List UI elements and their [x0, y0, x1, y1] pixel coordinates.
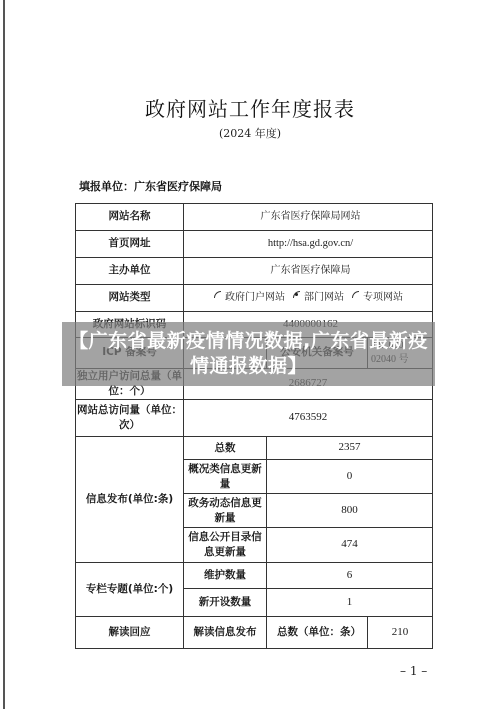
row-site-name: 网站名称 广东省医疗保障局网站	[76, 204, 433, 231]
interpretation-sub-label: 解读信息发布	[184, 617, 267, 649]
radio-special-site[interactable]	[352, 291, 359, 298]
radio-department-site-label: 部门网站	[304, 292, 344, 303]
overlay-headline-banner: 【广东省最新疫情情况数据,广东省最新疫情通报数据】	[62, 322, 435, 386]
row-sponsor: 主办单位 广东省医疗保障局	[76, 258, 433, 285]
interpretation-label: 解读回应	[76, 617, 184, 649]
info-gov-news-value: 800	[267, 494, 433, 528]
info-total-label: 总数	[184, 437, 267, 460]
row-homepage-url: 首页网址 http://hsa.gd.gov.cn/	[76, 231, 433, 258]
columns-maintained-label: 维护数量	[184, 563, 267, 589]
info-overview-label: 概况类信息更新量	[184, 460, 267, 494]
sponsor-label: 主办单位	[76, 258, 184, 285]
homepage-url-value: http://hsa.gd.gov.cn/	[184, 231, 433, 258]
radio-gov-portal[interactable]	[214, 291, 221, 298]
info-disclosure-value: 474	[267, 528, 433, 563]
sponsor-value: 广东省医疗保障局	[184, 258, 433, 285]
site-type-options: 政府门户网站部门网站专项网站	[184, 285, 433, 312]
info-gov-news-label: 政务动态信息更新量	[184, 494, 267, 528]
info-overview-value: 0	[267, 460, 433, 494]
row-total-visits: 网站总访问量（单位：次） 4763592	[76, 400, 433, 437]
document-subtitle: (2024 年度)	[0, 125, 500, 141]
total-visits-label: 网站总访问量（单位：次）	[76, 400, 184, 437]
row-interpretation: 解读回应 解读信息发布 总数（单位：条） 210	[76, 617, 433, 649]
document-title: 政府网站工作年度报表	[0, 93, 500, 122]
radio-department-site[interactable]	[293, 291, 300, 298]
site-type-label: 网站类型	[76, 285, 184, 312]
total-visits-value: 4763592	[184, 400, 433, 437]
site-name-label: 网站名称	[76, 204, 184, 231]
radio-gov-portal-label: 政府门户网站	[225, 292, 285, 303]
interpretation-total-label: 总数（单位：条）	[267, 617, 368, 649]
info-total-value: 2357	[267, 437, 433, 460]
row-site-type: 网站类型 政府门户网站部门网站专项网站	[76, 285, 433, 312]
radio-special-site-label: 专项网站	[363, 292, 403, 303]
info-disclosure-label: 信息公开目录信息更新量	[184, 528, 267, 563]
homepage-url-label: 首页网址	[76, 231, 184, 258]
interpretation-total-value: 210	[368, 617, 433, 649]
columns-new-value: 1	[267, 589, 433, 617]
filler-unit-label: 填报单位：广东省医疗保障局	[79, 178, 222, 194]
columns-maintained-value: 6	[267, 563, 433, 589]
columns-new-label: 新开设数量	[184, 589, 267, 617]
columns-label: 专栏专题(单位:个)	[76, 563, 184, 617]
overlay-headline-text: 【广东省最新疫情情况数据,广东省最新疫情通报数据】	[66, 329, 431, 379]
row-columns-maintained: 专栏专题(单位:个) 维护数量 6	[76, 563, 433, 589]
row-info-total: 信息发布(单位:条) 总数 2357	[76, 437, 433, 460]
site-name-value: 广东省医疗保障局网站	[184, 204, 433, 231]
report-table: 网站名称 广东省医疗保障局网站 首页网址 http://hsa.gd.gov.c…	[75, 203, 433, 649]
page-number: – 1 –	[400, 664, 427, 678]
info-publish-label: 信息发布(单位:条)	[76, 437, 184, 563]
